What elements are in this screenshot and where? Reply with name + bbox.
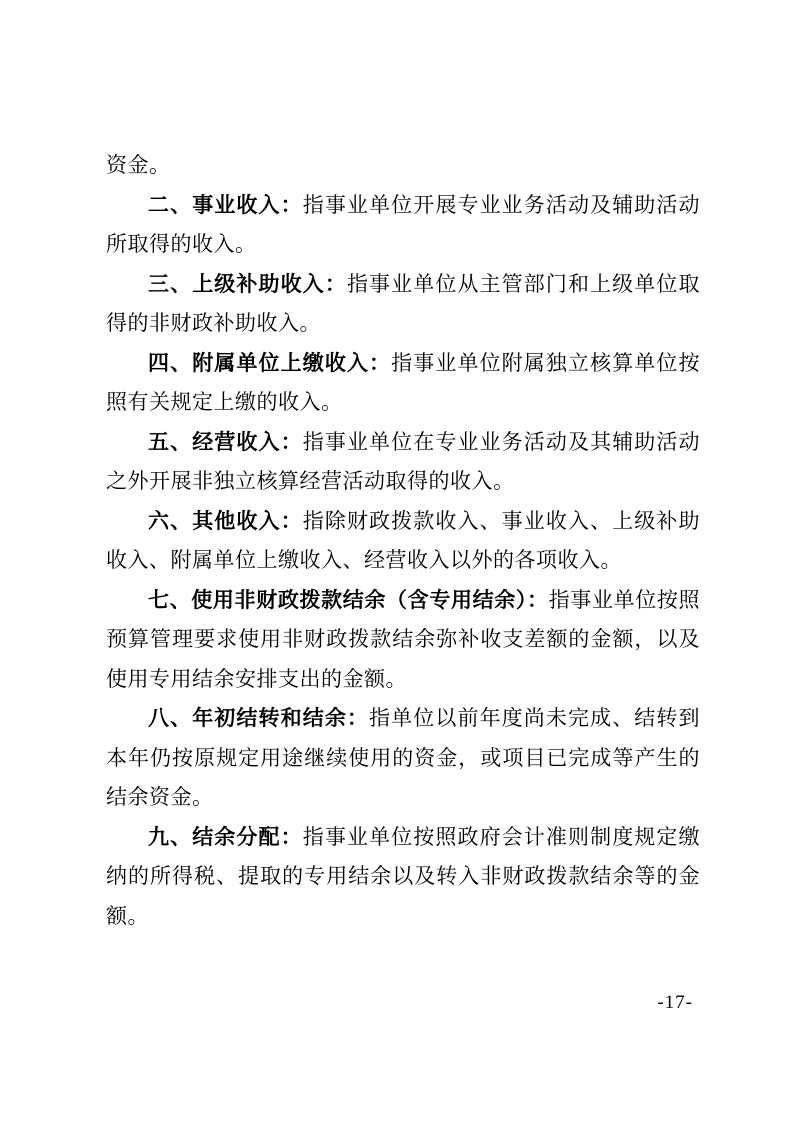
- page-number: -17-: [657, 992, 693, 1014]
- paragraph-lead: 八、年初结转和结余：: [148, 706, 369, 730]
- paragraph: 九、结余分配：指事业单位按照政府会计准则制度规定缴纳的所得税、提取的专用结余以及…: [106, 818, 700, 937]
- paragraph: 八、年初结转和结余：指单位以前年度尚未完成、结转到本年仍按原规定用途继续使用的资…: [106, 699, 700, 818]
- paragraph-lead: 五、经营收入：: [148, 430, 303, 454]
- paragraph: 资金。: [106, 146, 700, 186]
- paragraph-lead: 二、事业收入：: [148, 193, 303, 217]
- paragraph-lead: 四、附属单位上缴收入：: [148, 351, 391, 375]
- paragraph-lead: 七、使用非财政拨款结余（含专用结余）：: [148, 588, 549, 612]
- paragraph: 六、其他收入：指除财政拨款收入、事业收入、上级补助收入、附属单位上缴收入、经营收…: [106, 502, 700, 581]
- paragraph: 五、经营收入：指事业单位在专业业务活动及其辅助活动之外开展非独立核算经营活动取得…: [106, 423, 700, 502]
- paragraph: 七、使用非财政拨款结余（含专用结余）：指事业单位按照预算管理要求使用非财政拨款结…: [106, 581, 700, 700]
- paragraph-lead: 六、其他收入：: [148, 509, 303, 533]
- paragraph: 二、事业收入：指事业单位开展专业业务活动及辅助活动所取得的收入。: [106, 186, 700, 265]
- paragraph-text: 资金。: [106, 153, 171, 177]
- paragraph-lead: 三、上级补助收入：: [148, 272, 347, 296]
- document-body: 资金。 二、事业收入：指事业单位开展专业业务活动及辅助活动所取得的收入。 三、上…: [106, 146, 700, 936]
- paragraph: 三、上级补助收入：指事业单位从主管部门和上级单位取得的非财政补助收入。: [106, 265, 700, 344]
- paragraph-lead: 九、结余分配：: [148, 825, 303, 849]
- document-page: 资金。 二、事业收入：指事业单位开展专业业务活动及辅助活动所取得的收入。 三、上…: [0, 0, 793, 1122]
- paragraph: 四、附属单位上缴收入：指事业单位附属独立核算单位按照有关规定上缴的收入。: [106, 344, 700, 423]
